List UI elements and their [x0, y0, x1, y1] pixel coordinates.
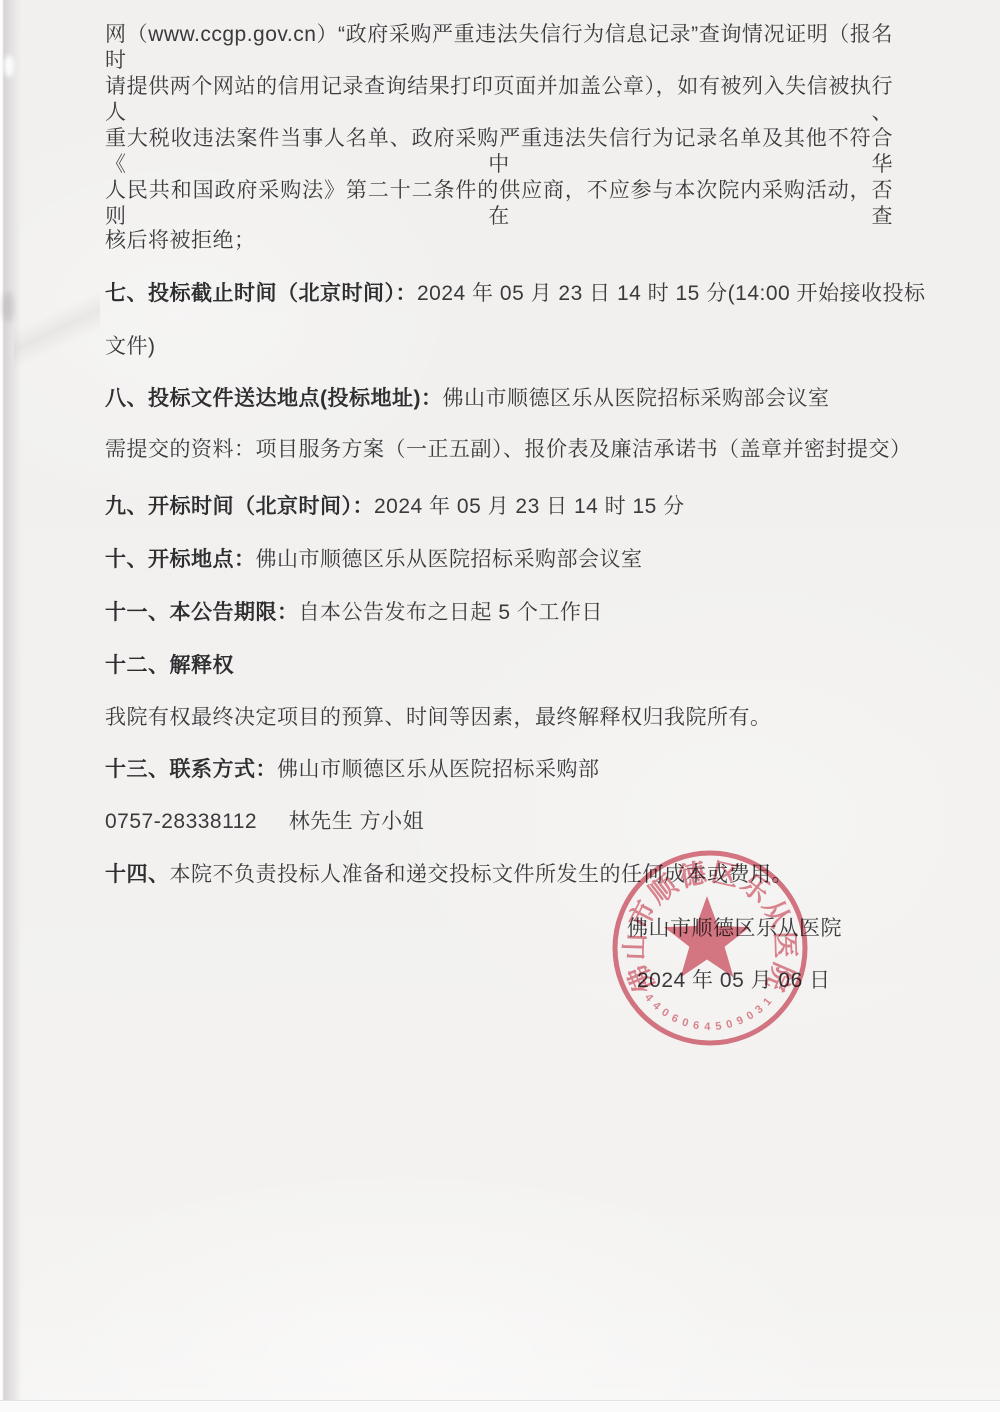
paper-crease	[14, 225, 100, 435]
section-7-line: 七、投标截止时间（北京时间）：2024 年 05 月 23 日 14 时 15 …	[105, 281, 926, 307]
section-10-label: 十、开标地点：	[105, 548, 256, 571]
section-7-continuation: 文件)	[105, 334, 156, 360]
signature-org: 佛山市顺德区乐从医院	[627, 916, 842, 942]
section-7-label: 七、投标截止时间（北京时间）：	[105, 282, 417, 305]
section-12-heading: 十二、解释权	[105, 653, 234, 679]
materials-line: 需提交的资料：项目服务方案（一正五副）、报价表及廉洁承诺书（盖章并密封提交）	[105, 437, 912, 463]
section-13-value: 佛山市顺德区乐从医院招标采购部	[277, 758, 600, 781]
section-8-line: 八、投标文件送达地点(投标地址)：佛山市顺德区乐从医院招标采购部会议室	[105, 386, 830, 412]
section-10-value: 佛山市顺德区乐从医院招标采购部会议室	[256, 548, 643, 571]
scan-bottom-edge	[0, 1400, 1000, 1412]
section-11-value: 自本公告发布之日起 5 个工作日	[299, 601, 603, 624]
contact-phone-line: 0757-28338112 林先生 方小姐	[105, 809, 424, 835]
paper-notch	[4, 55, 14, 77]
section-12-body: 我院有权最终决定项目的预算、时间等因素，最终解释权归我院所有。	[105, 705, 772, 731]
section-10-line: 十、开标地点：佛山市顺德区乐从医院招标采购部会议室	[105, 547, 643, 573]
section-14-value: 本院不负责投标人准备和递交投标文件所发生的任何成本或费用。	[170, 863, 794, 886]
section-14-line: 十四、本院不负责投标人准备和递交投标文件所发生的任何成本或费用。	[105, 862, 793, 888]
section-9-label: 九、开标时间（北京时间）：	[105, 495, 374, 518]
section-9-value: 2024 年 05 月 23 日 14 时 15 分	[374, 495, 685, 518]
section-11-label: 十一、本公告期限：	[105, 601, 299, 624]
section-8-label: 八、投标文件送达地点(投标地址)：	[105, 387, 443, 410]
intro-line-3: 重大税收违法案件当事人名单、政府采购严重违法失信行为记录名单及其他不符合《中华	[105, 126, 893, 178]
section-9-line: 九、开标时间（北京时间）：2024 年 05 月 23 日 14 时 15 分	[105, 494, 685, 520]
paper-smudge	[2, 292, 14, 322]
section-13-label: 十三、联系方式：	[105, 758, 277, 781]
intro-line-4: 人民共和国政府采购法》第二十二条件的供应商，不应参与本次院内采购活动，否则在查	[105, 178, 893, 230]
intro-line-1: 网（www.ccgp.gov.cn）“政府采购严重违法失信行为信息记录”查询情况…	[105, 22, 893, 74]
section-13-line: 十三、联系方式：佛山市顺德区乐从医院招标采购部	[105, 757, 600, 783]
intro-line-2: 请提供两个网站的信用记录查询结果打印页面并加盖公章），如有被列入失信被执行人、	[105, 74, 893, 126]
intro-line-5: 核后将被拒绝；	[105, 228, 256, 254]
seal-serial-number: 4406064509031	[642, 992, 778, 1033]
section-8-value: 佛山市顺德区乐从医院招标采购部会议室	[443, 387, 830, 410]
section-11-line: 十一、本公告期限：自本公告发布之日起 5 个工作日	[105, 600, 603, 626]
scanned-document-page: 网（www.ccgp.gov.cn）“政府采购严重违法失信行为信息记录”查询情况…	[0, 0, 1000, 1412]
section-14-label: 十四、	[105, 863, 170, 886]
signature-date: 2024 年 05 月 06 日	[637, 968, 831, 994]
scan-left-edge-shadow	[0, 0, 22, 1412]
section-12-label: 十二、解释权	[105, 654, 234, 677]
section-7-value: 2024 年 05 月 23 日 14 时 15 分(14:00 开始接收投标	[417, 282, 926, 305]
